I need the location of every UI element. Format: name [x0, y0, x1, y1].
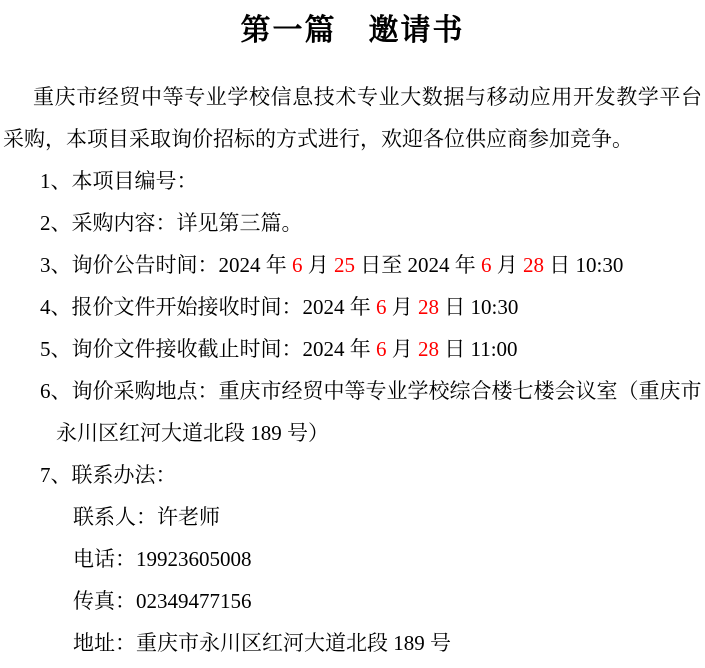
- document-title: 第一篇 邀请书: [0, 10, 705, 52]
- highlighted-date-text: 28: [418, 337, 439, 361]
- list-item: 4、报价文件开始接收时间：2024 年 6 月 28 日 10:30: [0, 286, 705, 328]
- highlighted-date-text: 28: [523, 253, 544, 277]
- list-item: 6、询价采购地点：重庆市经贸中等专业学校综合楼七楼会议室（重庆市永川区红河大道北…: [0, 370, 705, 454]
- item-text: 询价采购地点：重庆市经贸中等专业学校综合楼七楼会议室（重庆市永川区红河大道北段 …: [56, 379, 702, 445]
- item-number: 7、: [40, 463, 72, 487]
- highlighted-date-text: 6: [376, 337, 387, 361]
- contact-line: 电话：19923605008: [73, 538, 705, 580]
- item-text: 日至 2024 年: [355, 253, 481, 277]
- contact-value: 重庆市永川区红河大道北段 189 号: [136, 631, 451, 655]
- item-text: 采购内容：详见第三篇。: [72, 211, 303, 235]
- contact-line: 地址：重庆市永川区红河大道北段 189 号: [73, 622, 705, 664]
- item-number: 1、: [40, 169, 72, 193]
- contact-block: 联系人：许老师电话：19923605008传真：02349477156地址：重庆…: [0, 496, 705, 664]
- item-text: 日 10:30: [439, 295, 518, 319]
- contact-value: 19923605008: [136, 547, 252, 571]
- contact-line: 传真：02349477156: [73, 580, 705, 622]
- item-number: 3、: [40, 253, 72, 277]
- item-number: 5、: [40, 337, 72, 361]
- highlighted-date-text: 6: [292, 253, 303, 277]
- document-page: 第一篇 邀请书 重庆市经贸中等专业学校信息技术专业大数据与移动应用开发教学平台采…: [0, 0, 705, 668]
- contact-label: 联系人：: [73, 505, 157, 529]
- highlighted-date-text: 6: [376, 295, 387, 319]
- contact-label: 地址：: [73, 631, 136, 655]
- item-text: 询价文件接收截止时间：2024 年: [72, 337, 377, 361]
- item-number: 4、: [40, 295, 72, 319]
- item-text: 月: [492, 253, 524, 277]
- item-text: 本项目编号：: [72, 169, 198, 193]
- item-list: 1、本项目编号：2、采购内容：详见第三篇。3、询价公告时间：2024 年 6 月…: [0, 160, 705, 496]
- highlighted-date-text: 28: [418, 295, 439, 319]
- contact-line: 联系人：许老师: [73, 496, 705, 538]
- highlighted-date-text: 25: [334, 253, 355, 277]
- contact-label: 传真：: [73, 589, 136, 613]
- highlighted-date-text: 6: [481, 253, 492, 277]
- item-text: 日 11:00: [439, 337, 518, 361]
- item-number: 2、: [40, 211, 72, 235]
- list-item: 3、询价公告时间：2024 年 6 月 25 日至 2024 年 6 月 28 …: [0, 244, 705, 286]
- contact-value: 02349477156: [136, 589, 252, 613]
- item-number: 6、: [40, 379, 72, 403]
- list-item: 1、本项目编号：: [0, 160, 705, 202]
- item-text: 报价文件开始接收时间：2024 年: [72, 295, 377, 319]
- contact-label: 电话：: [73, 547, 136, 571]
- list-item: 5、询价文件接收截止时间：2024 年 6 月 28 日 11:00: [0, 328, 705, 370]
- contact-value: 许老师: [157, 505, 220, 529]
- intro-paragraph: 重庆市经贸中等专业学校信息技术专业大数据与移动应用开发教学平台采购，本项目采取询…: [0, 76, 705, 160]
- list-item: 2、采购内容：详见第三篇。: [0, 202, 705, 244]
- item-text: 联系办法：: [72, 463, 177, 487]
- item-text: 月: [303, 253, 335, 277]
- list-item: 7、联系办法：: [0, 454, 705, 496]
- item-text: 日 10:30: [544, 253, 623, 277]
- item-text: 询价公告时间：2024 年: [72, 253, 293, 277]
- item-text: 月: [387, 295, 419, 319]
- item-text: 月: [387, 337, 419, 361]
